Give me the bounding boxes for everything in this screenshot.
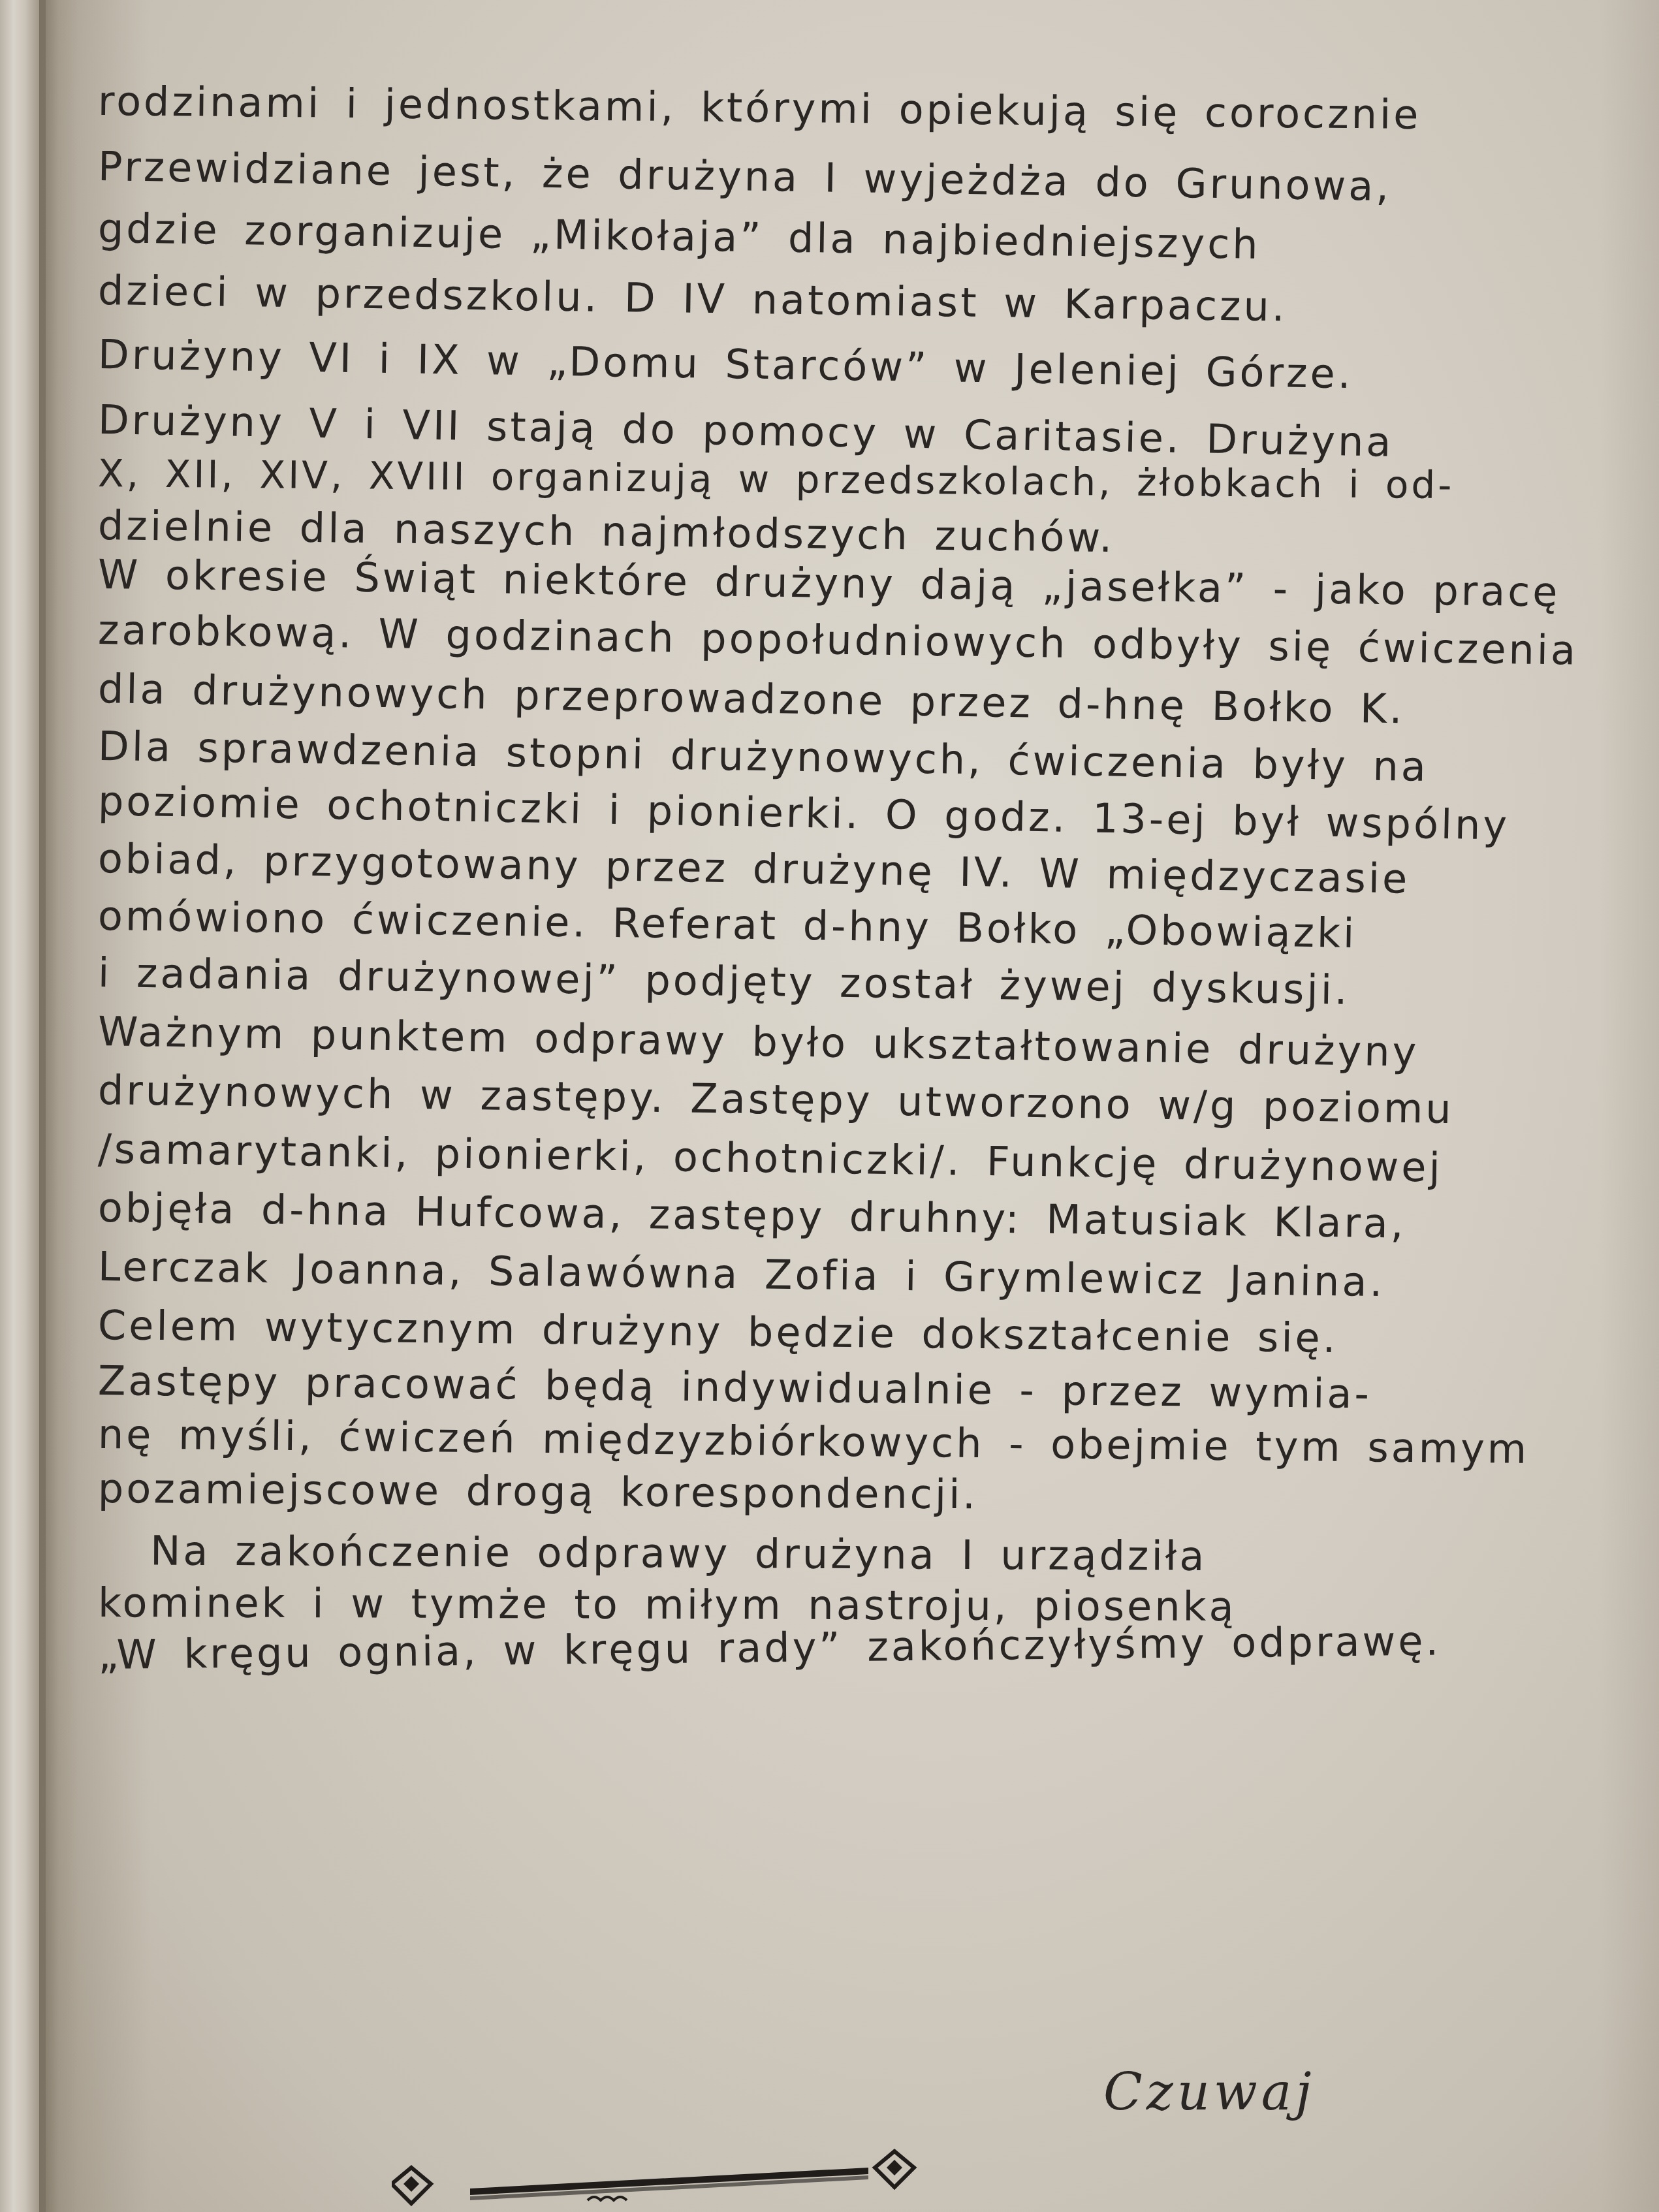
- signature-czuwaj: Czuwaj: [1103, 2063, 1315, 2122]
- text-line: objęła d-hna Hufcowa, zastępy druhny: Ma…: [98, 1185, 1639, 1250]
- text-line: Ważnym punktem odprawy było ukształtowan…: [97, 1009, 1639, 1079]
- text-line: dzieci w przedszkolu. D IV natomiast w K…: [98, 268, 1639, 335]
- text-line: Przewidziane jest, że drużyna I wyjeżdża…: [97, 144, 1639, 213]
- handwritten-text-block: rodzinami i jednostkami, którymi opiekuj…: [98, 78, 1639, 1358]
- text-line: drużynowych w zastępy. Zastępy utworzono…: [98, 1067, 1639, 1135]
- text-line: omówiono ćwiczenie. Referat d-hny Bołko …: [98, 893, 1639, 960]
- text-line: Celem wytycznym drużyny będzie dokształc…: [98, 1303, 1639, 1365]
- text-line: /samarytanki, pionierki, ochotniczki/. F…: [98, 1126, 1639, 1193]
- text-line: gdzie zorganizuje „Mikołaja” dla najbied…: [98, 206, 1639, 273]
- text-line: Drużyny VI i IX w „Domu Starców” w Jelen…: [97, 332, 1639, 402]
- text-line: Lerczak Joanna, Salawówna Zofia i Grymle…: [98, 1244, 1639, 1308]
- text-line: Na zakończenie odprawy drużyna I urządzi…: [98, 1528, 1639, 1581]
- text-line: i zadania drużynowej” podjęty został żyw…: [98, 950, 1639, 1017]
- text-line: rodzinami i jednostkami, którymi opiekuj…: [98, 78, 1639, 140]
- text-line: zarobkową. W godzinach popołudniowych od…: [98, 607, 1639, 674]
- decorative-divider-icon: [392, 2148, 1012, 2207]
